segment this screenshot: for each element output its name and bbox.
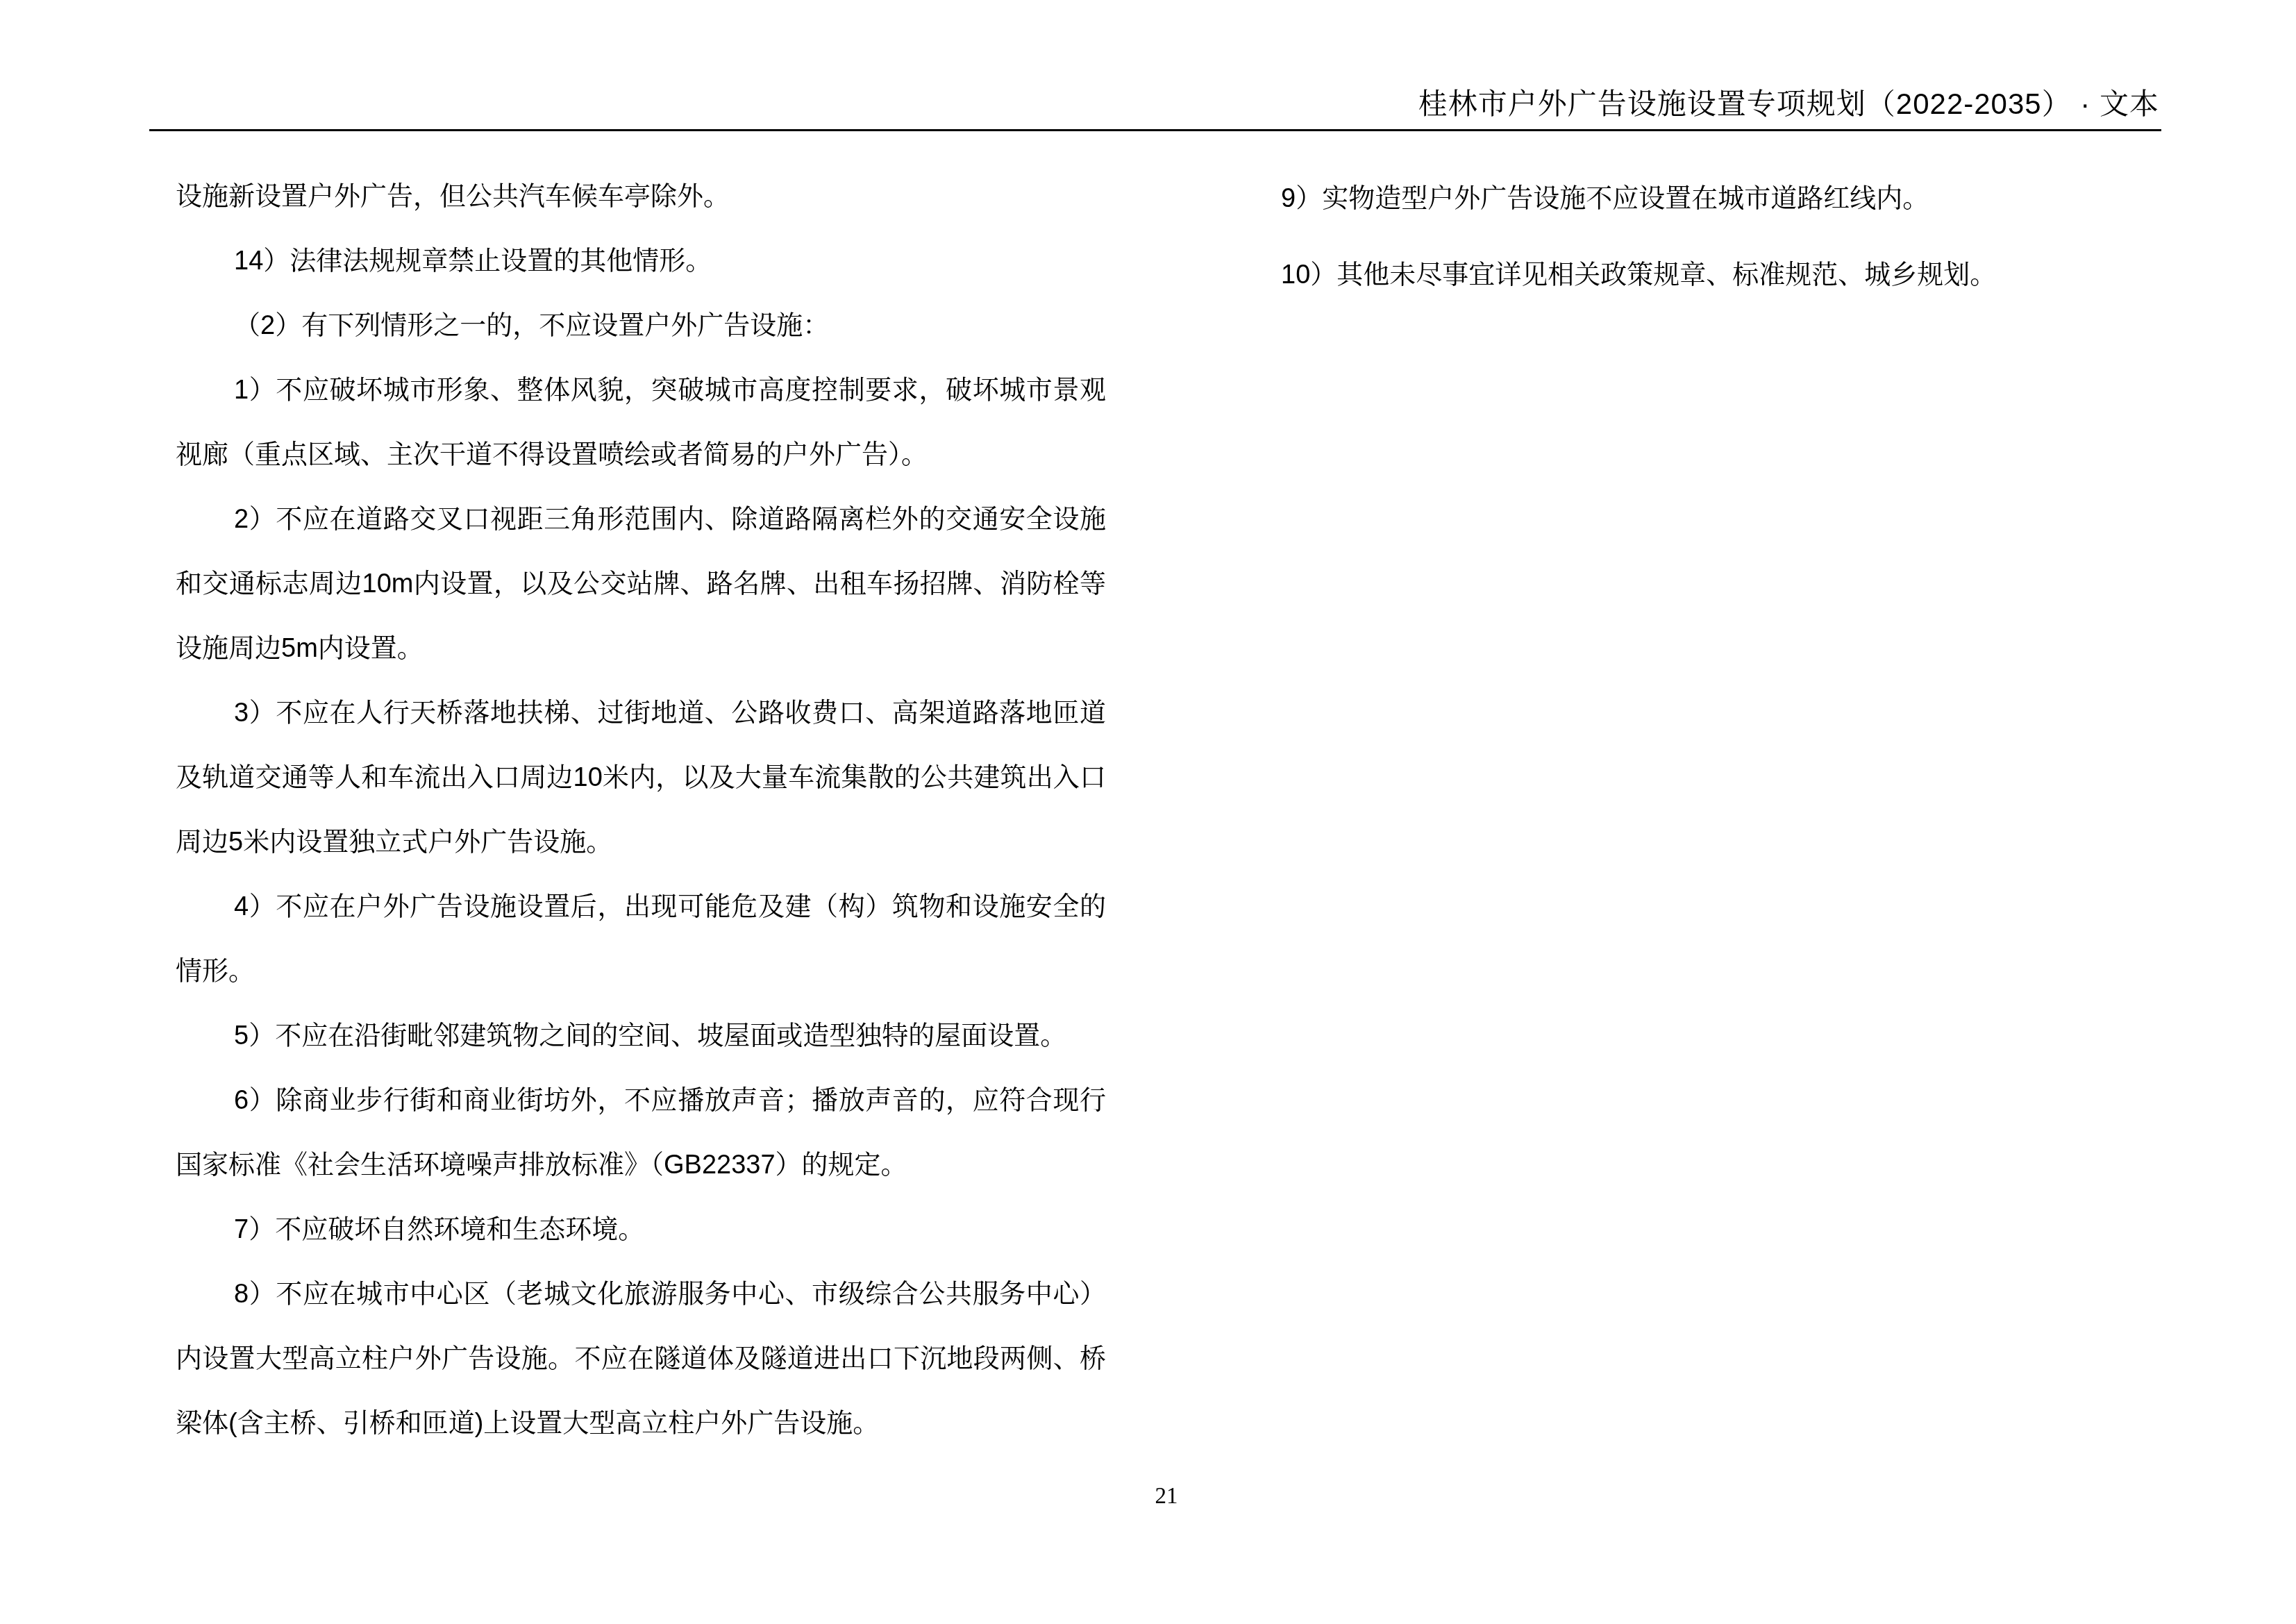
body-paragraph-item-4: 4）不应在户外广告设施设置后，出现可能危及建（构）筑物和设施安全的情形。 <box>176 875 1106 1004</box>
header-divider-rule <box>149 129 2161 131</box>
body-paragraph-item-3: 3）不应在人行天桥落地扶梯、过街地道、公路收费口、高架道路落地匝道及轨道交通等人… <box>176 681 1106 875</box>
document-page: 桂林市户外广告设施设置专项规划（2022-2035） · 文本 设施新设置户外广… <box>0 0 2296 1624</box>
body-paragraph-item-6: 6）除商业步行街和商业街坊外，不应播放声音；播放声音的，应符合现行国家标准《社会… <box>176 1069 1106 1198</box>
body-paragraph-item-10: 10）其他未尽事宜详见相关政策规章、标准规范、城乡规划。 <box>1223 243 2156 308</box>
left-text-column: 设施新设置户外广告，但公共汽车候车亭除外。 14）法律法规规章禁止设置的其他情形… <box>176 165 1106 1456</box>
page-number: 21 <box>1132 1481 1201 1512</box>
body-paragraph-item-9: 9）实物造型户外广告设施不应设置在城市道路红线内。 <box>1223 167 2156 231</box>
body-paragraph-continuation: 设施新设置户外广告，但公共汽车候车亭除外。 <box>176 165 1106 229</box>
body-paragraph-item-2-heading: （2）有下列情形之一的，不应设置户外广告设施： <box>176 294 1106 358</box>
page-header-title: 桂林市户外广告设施设置专项规划（2022-2035） · 文本 <box>1418 85 2159 124</box>
body-paragraph-item-5: 5）不应在沿街毗邻建筑物之间的空间、坡屋面或造型独特的屋面设置。 <box>176 1004 1106 1069</box>
body-paragraph-item-2: 2）不应在道路交叉口视距三角形范围内、除道路隔离栏外的交通安全设施和交通标志周边… <box>176 487 1106 681</box>
body-paragraph-item-8: 8）不应在城市中心区（老城文化旅游服务中心、市级综合公共服务中心）内设置大型高立… <box>176 1262 1106 1456</box>
body-paragraph-item-14: 14）法律法规规章禁止设置的其他情形。 <box>176 229 1106 294</box>
body-paragraph-item-7: 7）不应破坏自然环境和生态环境。 <box>176 1198 1106 1262</box>
right-text-column: 9）实物造型户外广告设施不应设置在城市道路红线内。 10）其他未尽事宜详见相关政… <box>1223 167 2156 319</box>
body-paragraph-item-1: 1）不应破坏城市形象、整体风貌，突破城市高度控制要求，破坏城市景观视廊（重点区域… <box>176 358 1106 487</box>
